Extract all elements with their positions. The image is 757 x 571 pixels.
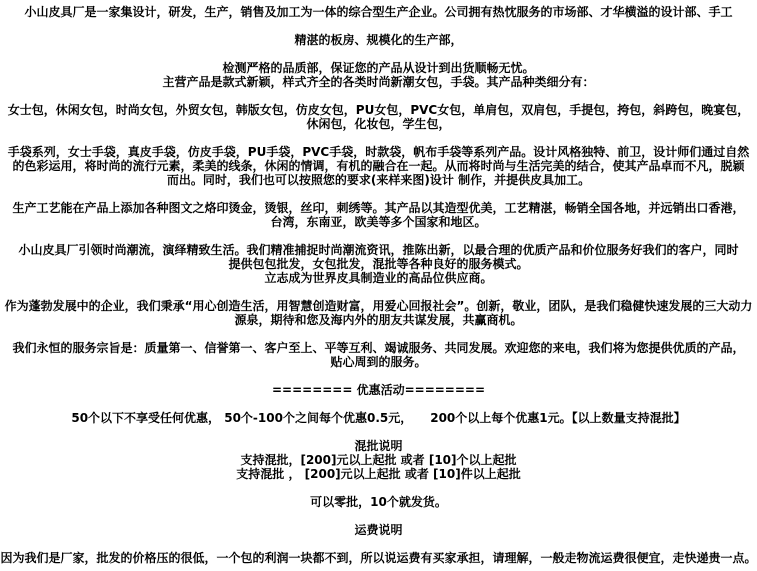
service-motto: 我们永恒的服务宗旨是：质量第一、信誉第一、客户至上、平等互利、竭诚服务、共同发展… bbox=[0, 341, 757, 369]
shipping-cost-note: 因为我们是厂家，批发的价格压的很低，一个包的利润一块都不到，所以说运费有买家承担… bbox=[0, 551, 757, 565]
bag-types-list: 女士包，休闲女包，时尚女包，外贸女包，韩版女包，仿皮女包，PU女包，PVC女包，… bbox=[0, 103, 757, 131]
text-line: 手袋系列，女士手袋，真皮手袋，仿皮手袋，PU手袋，PVC手袋，时款袋，帆布手袋等… bbox=[0, 145, 757, 159]
text-line: 提供包包批发，女包批发，混批等各种良好的服务模式。 bbox=[0, 257, 757, 271]
text-line: 而出。同时，我们也可以按照您的要求(来样来图)设计 制作，并提供皮具加工。 bbox=[0, 173, 757, 187]
company-intro-line-1: 小山皮具厂是一家集设计，研发，生产，销售及加工为一体的综合型生产企业。公司拥有热… bbox=[0, 5, 757, 19]
quality-and-main-products: 检测严格的品质部，保证您的产品从设计到出货顺畅无忧。 主营产品是款式新颖，样式齐… bbox=[0, 61, 757, 89]
text-line: 支持混批，[200]元以上起批 或者 [10]个以上起批 bbox=[0, 453, 757, 467]
shipping-title: 运费说明 bbox=[0, 523, 757, 537]
text-line: 的色彩运用，将时尚的流行元素，柔美的线条，休闲的情调，有机的融合在一起。从而将时… bbox=[0, 159, 757, 173]
text-line: 作为蓬勃发展中的企业，我们秉承“用心创造生活，用智慧创造财富，用爱心回报社会”。… bbox=[0, 299, 757, 313]
brand-philosophy: 小山皮具厂引领时尚潮流，演绎精致生活。我们精准捕捉时尚潮流资讯，推陈出新，以最合… bbox=[0, 243, 757, 285]
handbag-series-description: 手袋系列，女士手袋，真皮手袋，仿皮手袋，PU手袋，PVC手袋，时款袋，帆布手袋等… bbox=[0, 145, 757, 187]
text-line: 休闲包，化妆包，学生包， bbox=[0, 117, 757, 131]
text-line: 主营产品是款式新颖，样式齐全的各类时尚新潮女包，手袋。其产品种类细分有： bbox=[0, 75, 757, 89]
text-line: 因为我们是厂家，批发的价格压的很低，一个包的利润一块都不到，所以说运费有买家承担… bbox=[0, 551, 757, 565]
text-line: 运费说明 bbox=[0, 523, 757, 537]
text-line: 可以零批，10个就发货。 bbox=[0, 495, 757, 509]
text-line: 50个以下不享受任何优惠， 50个-100个之间每个优惠0.5元， 200个以上… bbox=[0, 411, 757, 425]
text-line: 我们永恒的服务宗旨是：质量第一、信誉第一、客户至上、平等互利、竭诚服务、共同发展… bbox=[0, 341, 757, 355]
text-line: ======== 优惠活动======== bbox=[0, 383, 757, 397]
text-line: 小山皮具厂引领时尚潮流，演绎精致生活。我们精准捕捉时尚潮流资讯，推陈出新，以最合… bbox=[0, 243, 757, 257]
promo-discount-terms: 50个以下不享受任何优惠， 50个-100个之间每个优惠0.5元， 200个以上… bbox=[0, 411, 757, 425]
text-line: 立志成为世界皮具制造业的高品位供应商。 bbox=[0, 271, 757, 285]
mixed-batch-instructions: 混批说明 支持混批，[200]元以上起批 或者 [10]个以上起批 支持混批 ，… bbox=[0, 439, 757, 481]
text-line: 台湾，东南亚，欧美等多个国家和地区。 bbox=[0, 215, 757, 229]
text-line: 生产工艺能在产品上添加各种图文之烙印烫金，烫银，丝印，刺绣等。其产品以其造型优美… bbox=[0, 201, 757, 215]
text-line: 女士包，休闲女包，时尚女包，外贸女包，韩版女包，仿皮女包，PU女包，PVC女包，… bbox=[0, 103, 757, 117]
company-values: 作为蓬勃发展中的企业，我们秉承“用心创造生活，用智慧创造财富，用爱心回报社会”。… bbox=[0, 299, 757, 327]
text-line: 检测严格的品质部，保证您的产品从设计到出货顺畅无忧。 bbox=[0, 61, 757, 75]
promo-section-header: ======== 优惠活动======== bbox=[0, 383, 757, 397]
text-line: 源泉，期待和您及海内外的朋友共谋发展，共赢商机。 bbox=[0, 313, 757, 327]
craftsmanship-description: 生产工艺能在产品上添加各种图文之烙印烫金，烫银，丝印，刺绣等。其产品以其造型优美… bbox=[0, 201, 757, 229]
retail-shipping-note: 可以零批，10个就发货。 bbox=[0, 495, 757, 509]
text-line: 小山皮具厂是一家集设计，研发，生产，销售及加工为一体的综合型生产企业。公司拥有热… bbox=[0, 5, 757, 19]
text-line: 支持混批 ， [200]元以上起批 或者 [10]件以上起批 bbox=[0, 467, 757, 481]
mixed-batch-title: 混批说明 bbox=[0, 439, 757, 453]
text-line: 贴心周到的服务。 bbox=[0, 355, 757, 369]
text-line: 精湛的板房、规模化的生产部， bbox=[0, 33, 757, 47]
company-intro-line-2: 精湛的板房、规模化的生产部， bbox=[0, 33, 757, 47]
product-description-document: 小山皮具厂是一家集设计，研发，生产，销售及加工为一体的综合型生产企业。公司拥有热… bbox=[0, 0, 757, 565]
